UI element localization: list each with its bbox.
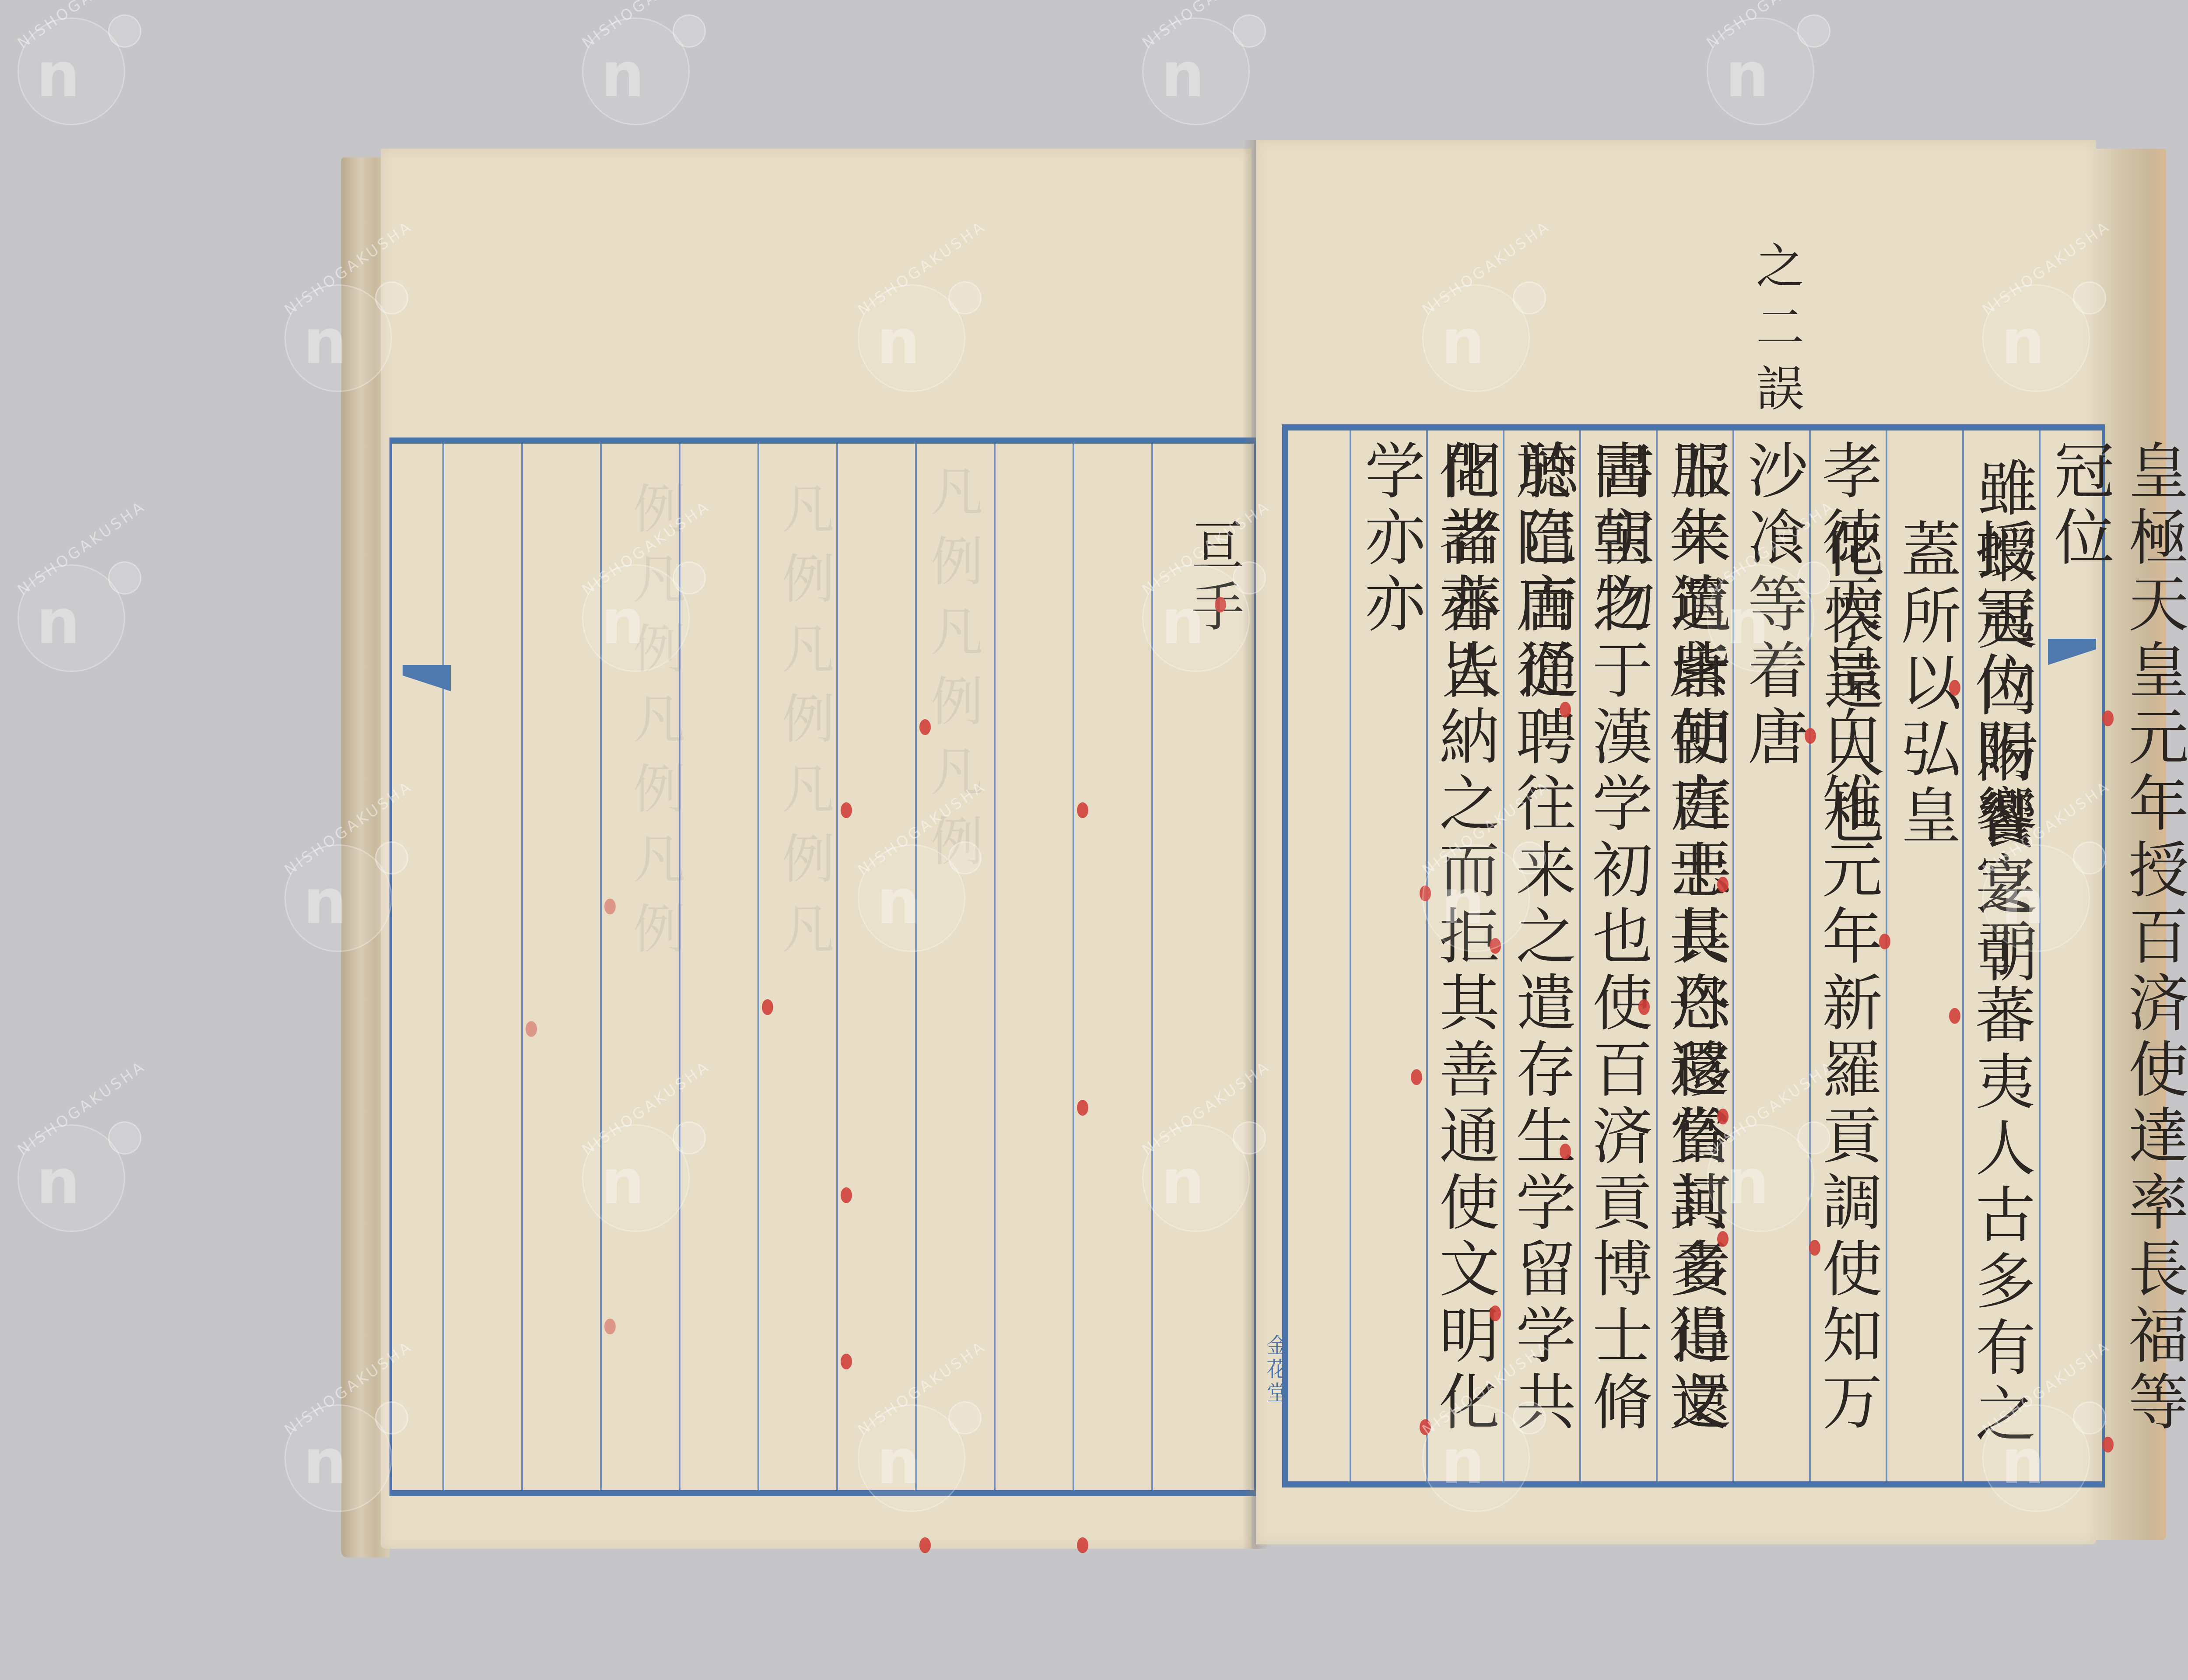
annotation-mark bbox=[1215, 597, 1226, 612]
annotation-mark bbox=[1560, 702, 1571, 717]
column-rule bbox=[994, 444, 996, 1490]
annotation-mark bbox=[1879, 934, 1890, 949]
nishogakusha-watermark-icon: NISHOGAKUSHAn bbox=[1707, 17, 1814, 125]
text-column-5: 孝徳天皇白雉元年新羅貢調使知万沙飡等着唐 bbox=[1736, 439, 1884, 1481]
annotation-mark bbox=[919, 1537, 931, 1553]
annotation-mark bbox=[1490, 1305, 1501, 1321]
text-column-1: 皇極天皇元年授百済使達率長福等冠位 bbox=[2042, 439, 2188, 1481]
annotation-mark bbox=[1420, 885, 1431, 901]
annotation-mark bbox=[1077, 1537, 1088, 1553]
text-column-3: 授冠位賜饗宴于蕃夷人古多有之蓋所以弘皇 bbox=[1889, 518, 2037, 1481]
column-rule bbox=[600, 444, 602, 1490]
annotation-mark bbox=[841, 1354, 852, 1369]
column-rule bbox=[1073, 444, 1074, 1490]
annotation-mark bbox=[2102, 1437, 2114, 1452]
annotation-mark bbox=[1809, 1240, 1820, 1256]
column-rule bbox=[836, 444, 838, 1490]
annotation-mark bbox=[1717, 1109, 1729, 1124]
nishogakusha-watermark-icon: NISHOGAKUSHAn bbox=[582, 17, 690, 125]
annotation-mark bbox=[1077, 1100, 1088, 1116]
column-rule bbox=[915, 444, 917, 1490]
annotation-mark bbox=[604, 899, 616, 914]
left-page: 凡例凡例凡例 凡例凡例凡例凡 例凡例凡例凡例 亘手 bbox=[381, 149, 1252, 1549]
nishogakusha-watermark-icon: NISHOGAKUSHAn bbox=[18, 564, 125, 672]
annotation-mark bbox=[762, 999, 773, 1015]
nishogakusha-watermark-icon: NISHOGAKUSHAn bbox=[18, 17, 125, 125]
annotation-mark bbox=[1717, 877, 1729, 892]
left-page-title: 亘手 bbox=[1175, 518, 1251, 640]
annotation-mark bbox=[1560, 1144, 1571, 1159]
text-column-10: 化者亦皆納之而拒其善通使文明化学亦亦 bbox=[1353, 439, 1501, 1481]
open-book: 凡例凡例凡例 凡例凡例凡例凡 例凡例凡例凡例 亘手 bbox=[341, 140, 2170, 1557]
annotation-mark bbox=[1638, 999, 1650, 1015]
column-rule bbox=[521, 444, 523, 1490]
annotation-mark bbox=[604, 1319, 616, 1334]
right-page: 之二誤 金花堂 皇極天皇元年授百済使達率長福等冠位 雖蝦夷内附饗之朝 授冠位賜饗… bbox=[1256, 140, 2096, 1544]
column-rule bbox=[1151, 444, 1153, 1490]
annotation-mark bbox=[1490, 938, 1501, 954]
annotation-mark bbox=[2102, 710, 2114, 726]
annotation-mark bbox=[1411, 1069, 1422, 1085]
annotation-mark bbox=[1077, 802, 1088, 818]
left-page-frame: 亘手 bbox=[389, 437, 1260, 1496]
annotation-mark bbox=[841, 802, 852, 818]
nishogakusha-watermark-icon: NISHOGAKUSHAn bbox=[18, 1124, 125, 1232]
nishogakusha-watermark-icon: NISHOGAKUSHAn bbox=[1142, 17, 1250, 125]
annotation-mark bbox=[1949, 1008, 1960, 1024]
annotation-mark bbox=[1949, 680, 1960, 696]
annotation-mark bbox=[526, 1021, 537, 1037]
column-rule bbox=[1350, 430, 1351, 1481]
annotation-mark bbox=[1805, 728, 1816, 744]
annotation-mark bbox=[1420, 1419, 1431, 1435]
column-rule bbox=[442, 444, 444, 1490]
column-rule bbox=[757, 444, 759, 1490]
annotation-mark bbox=[1717, 1231, 1729, 1247]
annotation-mark bbox=[919, 719, 931, 735]
column-rule bbox=[679, 444, 680, 1490]
right-page-frame: 皇極天皇元年授百済使達率長福等冠位 雖蝦夷内附饗之朝 授冠位賜饗宴于蕃夷人古多有… bbox=[1282, 424, 2105, 1487]
chapter-heading: 之二誤 bbox=[1742, 241, 1811, 424]
annotation-mark bbox=[841, 1187, 852, 1203]
